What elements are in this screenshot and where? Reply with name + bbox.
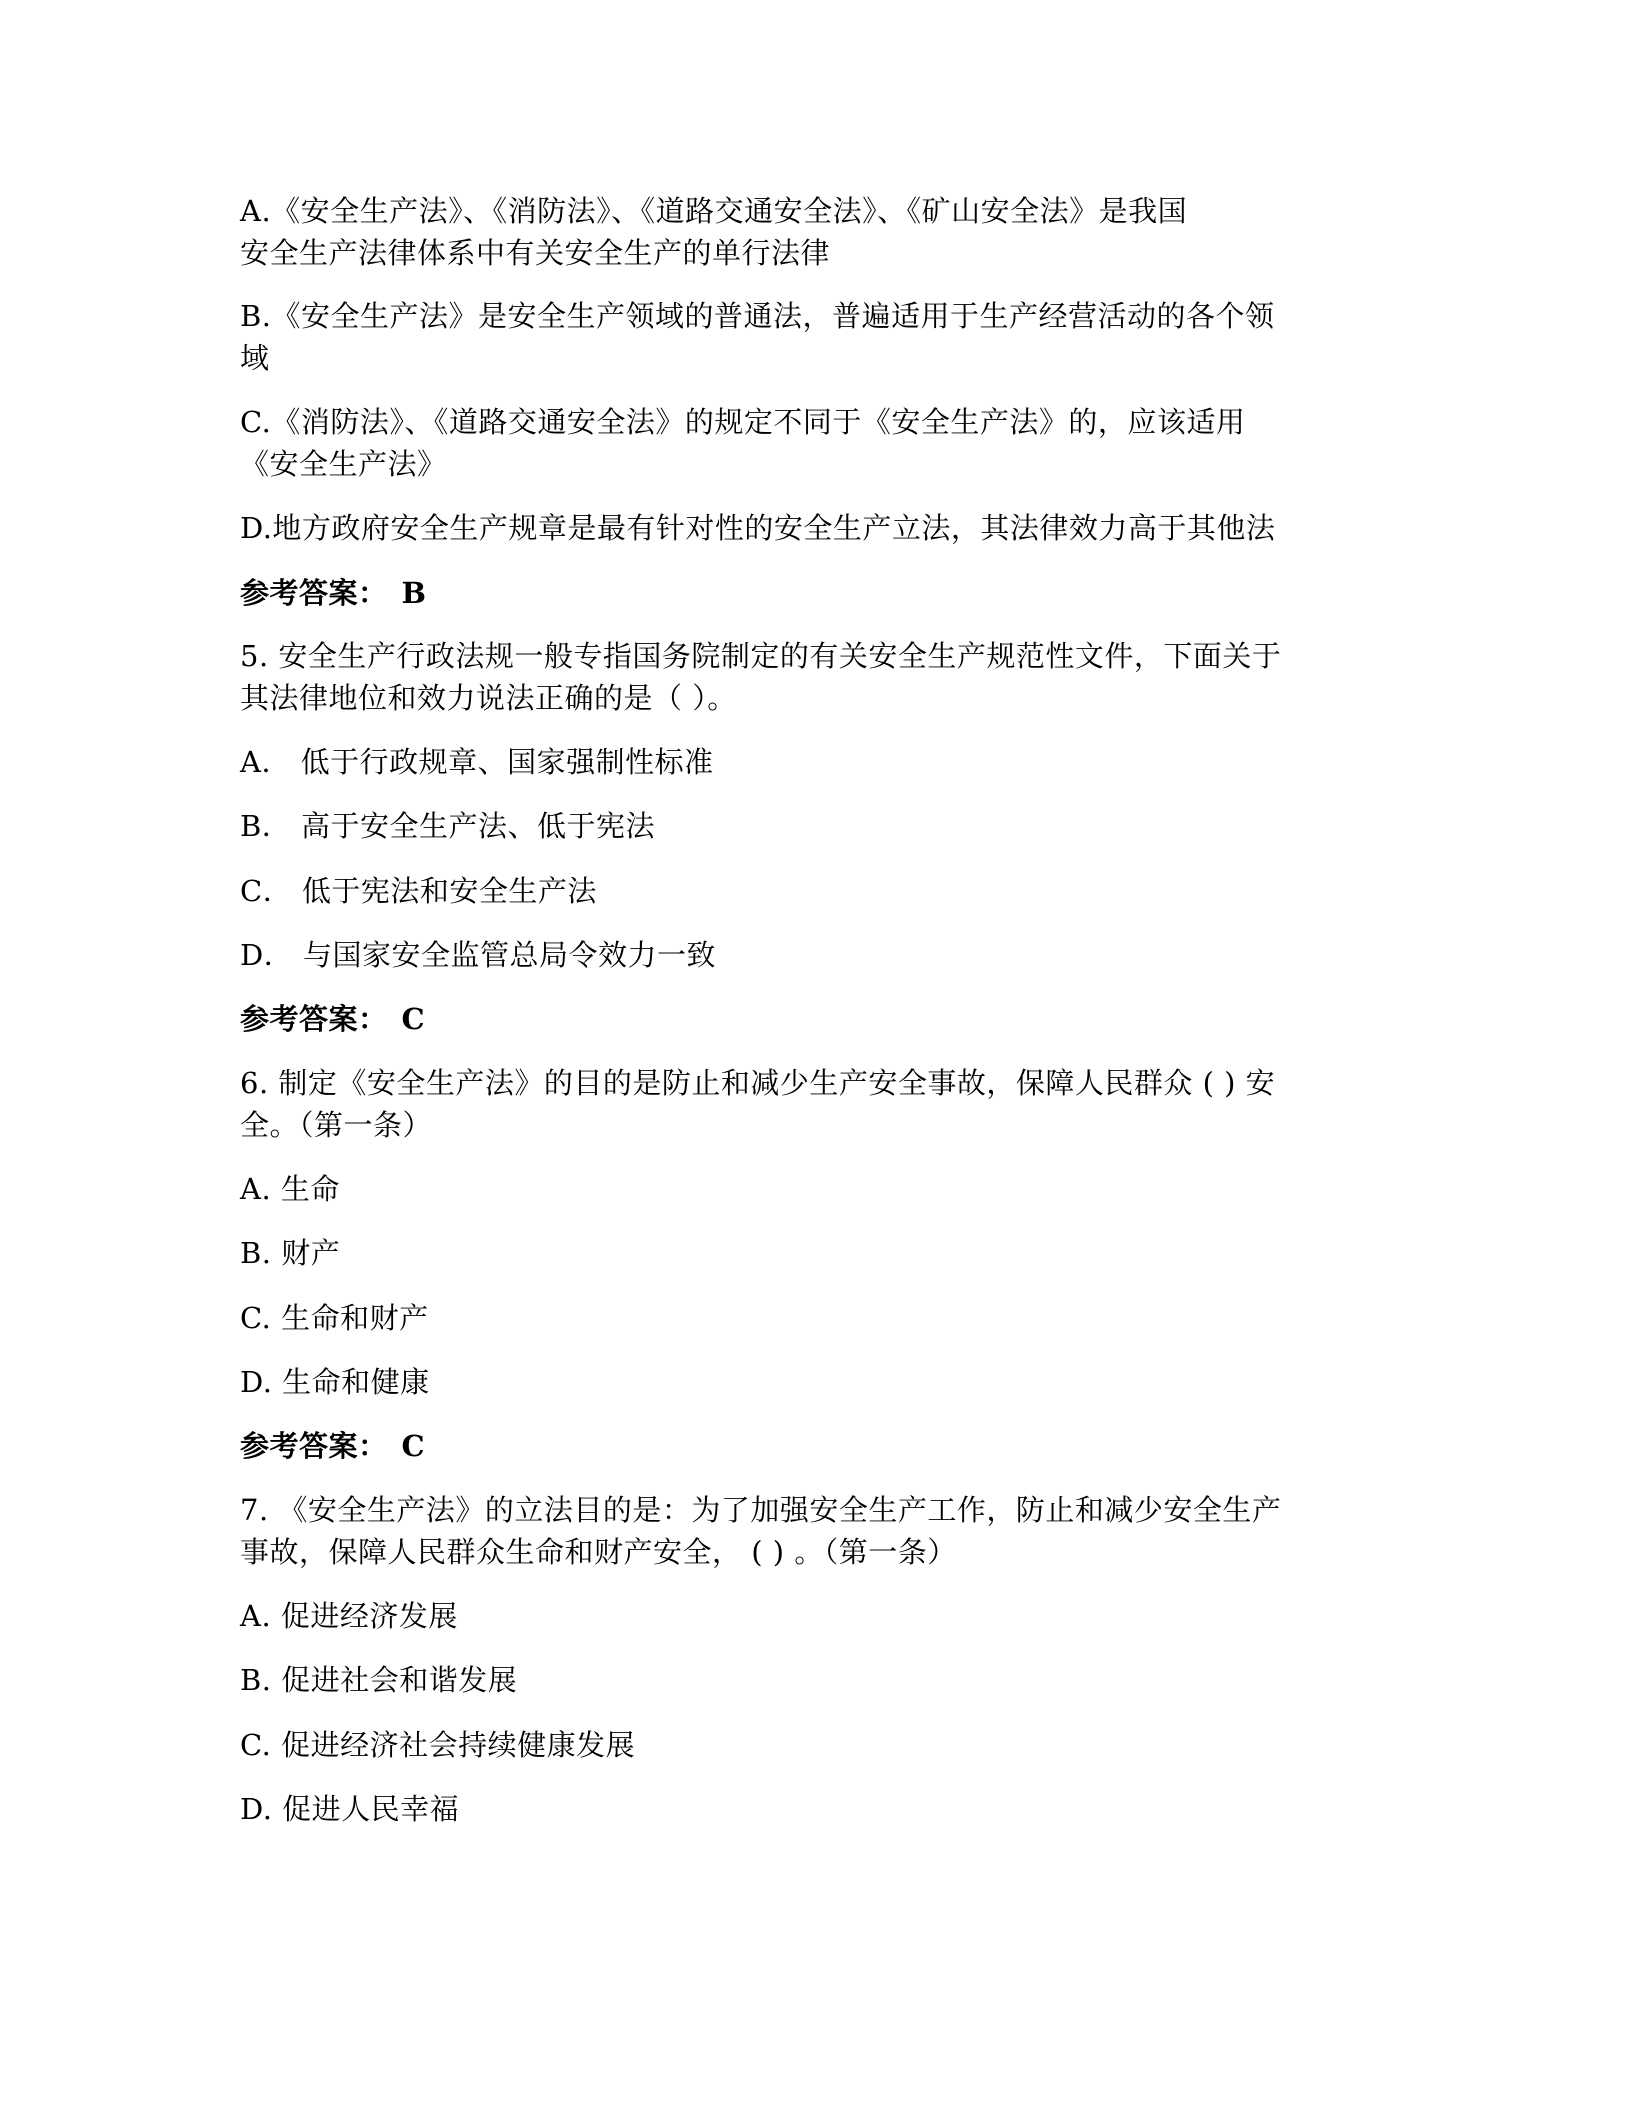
q4-option-a: A.《安全生产法》、《消防法》、《道路交通安全法》、《矿山安全法》是我国 安全生… xyxy=(240,190,1187,274)
q4-option-c: C.《消防法》、《道路交通安全法》的规定不同于《安全生产法》的，应该适用 《安全… xyxy=(240,401,1245,485)
answer-label: 参考答案： xyxy=(240,1002,388,1036)
option-text: D.地方政府安全生产规章是最有针对性的安全生产立法，其法律效力高于其他法 xyxy=(240,507,1275,549)
q5-option-c: C． 低于宪法和安全生产法 xyxy=(240,870,597,912)
option-text: A. 生命 xyxy=(240,1168,340,1210)
q7-option-c: C. 促进经济社会持续健康发展 xyxy=(240,1724,635,1766)
option-text: A． 低于行政规章、国家强制性标准 xyxy=(240,741,714,783)
q7-question: 7. 《安全生产法》的立法目的是：为了加强安全生产工作，防止和减少安全生产 事故… xyxy=(240,1489,1281,1573)
q6-option-b: B. 财产 xyxy=(240,1232,340,1274)
option-text: B． 高于安全生产法、低于宪法 xyxy=(240,805,655,847)
q6-option-a: A. 生命 xyxy=(240,1168,340,1210)
q4-option-b: B.《安全生产法》是安全生产领域的普通法，普遍适用于生产经营活动的各个领 域 xyxy=(240,295,1275,379)
question-text: 其法律地位和效力说法正确的是（ ）。 xyxy=(240,677,1281,719)
option-text: 安全生产法律体系中有关安全生产的单行法律 xyxy=(240,232,1187,274)
option-text: C.《消防法》、《道路交通安全法》的规定不同于《安全生产法》的，应该适用 xyxy=(240,401,1245,443)
q7-option-d: D. 促进人民幸福 xyxy=(240,1788,459,1830)
question-text: 事故，保障人民群众生命和财产安全， ( ) 。（第一条） xyxy=(240,1531,1281,1573)
option-text: C. 生命和财产 xyxy=(240,1297,429,1339)
option-text: B.《安全生产法》是安全生产领域的普通法，普遍适用于生产经营活动的各个领 xyxy=(240,295,1275,337)
answer-value: C xyxy=(402,1429,426,1463)
q5-option-a: A． 低于行政规章、国家强制性标准 xyxy=(240,741,714,783)
answer-value: C xyxy=(402,1002,426,1036)
q6-question: 6. 制定《安全生产法》的目的是防止和减少生产安全事故，保障人民群众 ( ) 安… xyxy=(240,1062,1275,1146)
q5-option-b: B． 高于安全生产法、低于宪法 xyxy=(240,805,655,847)
question-text: 全。（第一条） xyxy=(240,1104,1275,1146)
q6-option-d: D. 生命和健康 xyxy=(240,1361,430,1403)
option-text: C． 低于宪法和安全生产法 xyxy=(240,870,597,912)
question-text: 6. 制定《安全生产法》的目的是防止和减少生产安全事故，保障人民群众 ( ) 安 xyxy=(240,1062,1275,1104)
option-text: A. 促进经济发展 xyxy=(240,1595,458,1637)
question-text: 5. 安全生产行政法规一般专指国务院制定的有关安全生产规范性文件，下面关于 xyxy=(240,635,1281,677)
q7-option-a: A. 促进经济发展 xyxy=(240,1595,458,1637)
q4-answer: 参考答案：B xyxy=(240,572,427,614)
q6-option-c: C. 生命和财产 xyxy=(240,1297,429,1339)
answer-label: 参考答案： xyxy=(240,1429,388,1463)
q4-option-d: D.地方政府安全生产规章是最有针对性的安全生产立法，其法律效力高于其他法 xyxy=(240,507,1275,549)
q5-question: 5. 安全生产行政法规一般专指国务院制定的有关安全生产规范性文件，下面关于 其法… xyxy=(240,635,1281,719)
answer-label: 参考答案： xyxy=(240,576,388,610)
q5-answer: 参考答案：C xyxy=(240,998,425,1040)
option-text: 域 xyxy=(240,337,1275,379)
q6-answer: 参考答案：C xyxy=(240,1425,425,1467)
option-text: A.《安全生产法》、《消防法》、《道路交通安全法》、《矿山安全法》是我国 xyxy=(240,190,1187,232)
q5-option-d: D． 与国家安全监管总局令效力一致 xyxy=(240,934,716,976)
option-text: B. 促进社会和谐发展 xyxy=(240,1659,517,1701)
option-text: 《安全生产法》 xyxy=(240,443,1245,485)
option-text: B. 财产 xyxy=(240,1232,340,1274)
option-text: D. 生命和健康 xyxy=(240,1361,430,1403)
question-text: 7. 《安全生产法》的立法目的是：为了加强安全生产工作，防止和减少安全生产 xyxy=(240,1489,1281,1531)
option-text: D. 促进人民幸福 xyxy=(240,1788,459,1830)
option-text: C. 促进经济社会持续健康发展 xyxy=(240,1724,635,1766)
option-text: D． 与国家安全监管总局令效力一致 xyxy=(240,934,716,976)
answer-value: B xyxy=(402,576,427,610)
q7-option-b: B. 促进社会和谐发展 xyxy=(240,1659,517,1701)
